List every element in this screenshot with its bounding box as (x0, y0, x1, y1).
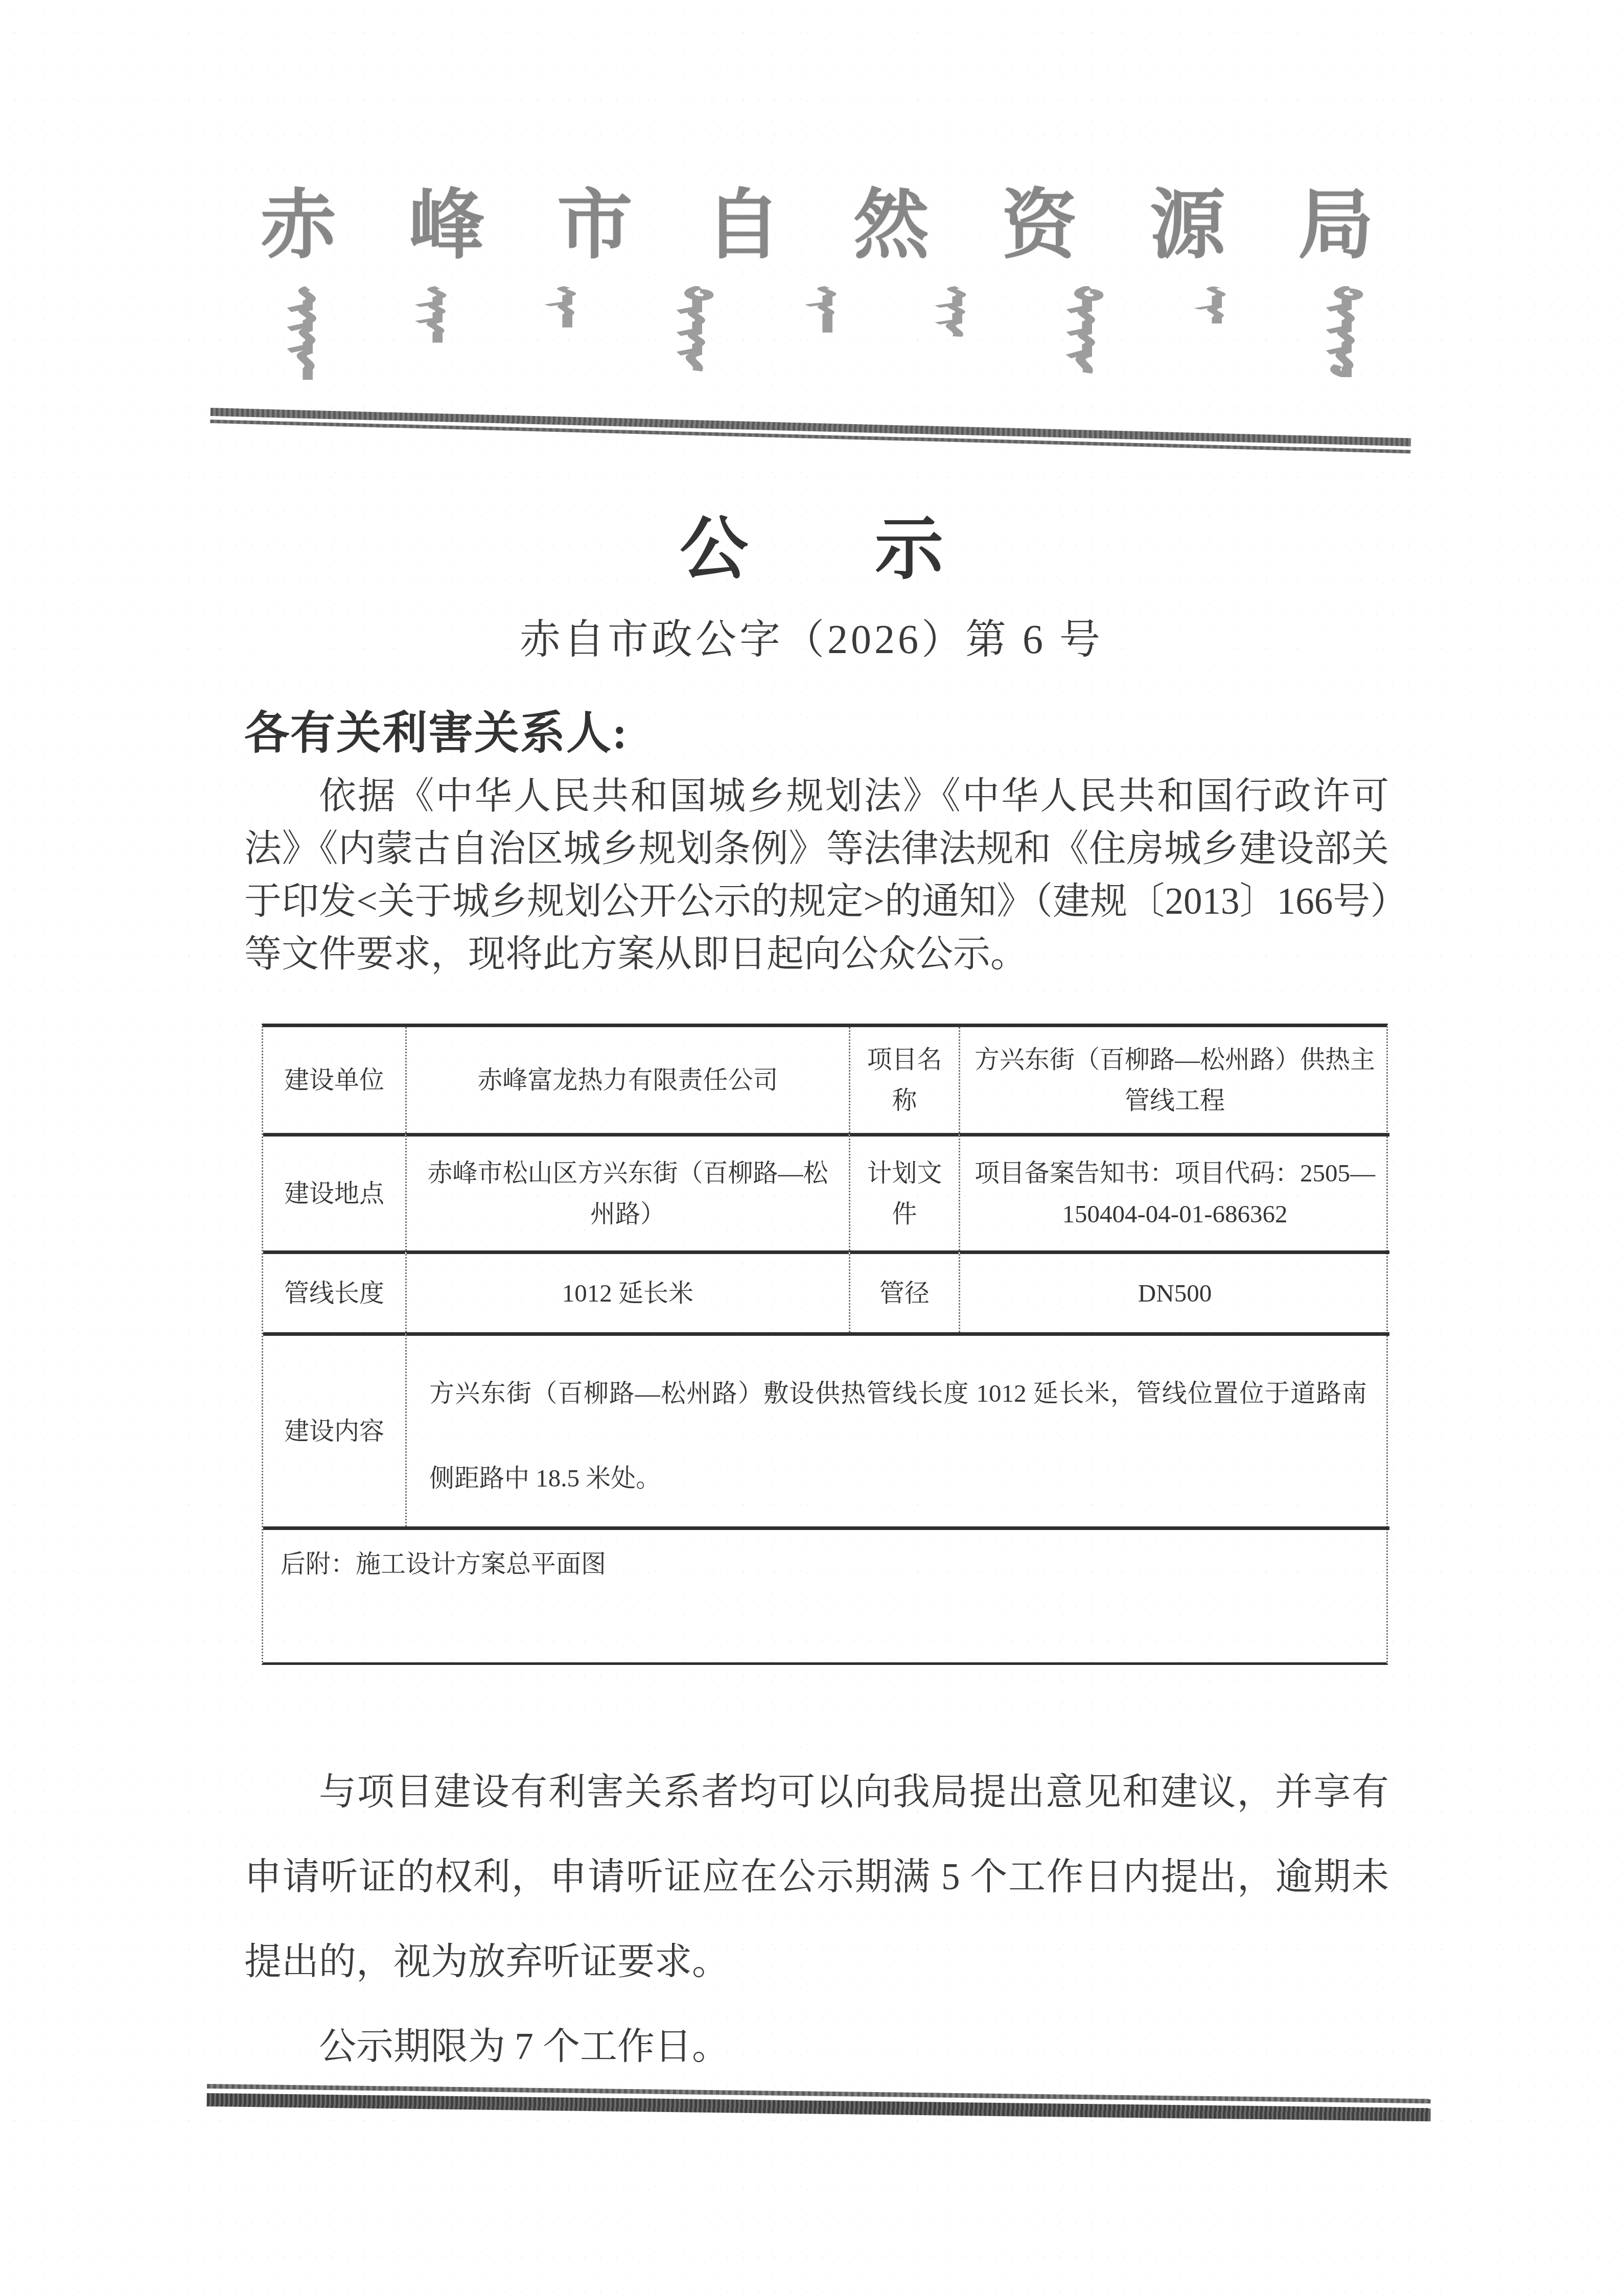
paragraph-duration: 公示期限为 7 个工作日。 (244, 2004, 1389, 2089)
scanned-notice-page: 赤峰市自然资源局 公示 赤自市政公字（2026）第 6 号 各有关利害关系人: … (0, 0, 1623, 2296)
table-label-construction-site: 建设地点 (263, 1133, 405, 1250)
table-note-attachment: 后附：施工设计方案总平面图 (263, 1526, 1389, 1668)
paragraph-legal-basis: 依据《中华人民共和国城乡规划法》《中华人民共和国行政许可法》《内蒙古自治区城乡规… (244, 770, 1389, 980)
table-label-pipe-diameter: 管径 (849, 1250, 959, 1332)
mongolian-glyph (663, 286, 720, 372)
mongolian-glyph (1312, 286, 1370, 377)
table-label-plan-document: 计划文件 (849, 1133, 959, 1250)
double-rule-top (210, 408, 1411, 453)
mongolian-glyph (403, 286, 460, 343)
table-value-construction-content: 方兴东街（百柳路—松州路）敷设供热管线长度 1012 延长米，管线位置位于道路南… (405, 1332, 1389, 1526)
doc-number: 赤自市政公字（2026）第 6 号 (0, 606, 1623, 665)
mongolian-glyph (533, 286, 590, 328)
mongolian-glyph (1053, 286, 1110, 374)
table-label-project-name: 项目名称 (849, 1027, 959, 1133)
table-value-pipeline-length: 1012 延长米 (405, 1250, 849, 1332)
mongolian-glyph (793, 286, 850, 333)
paragraph-text: 依据《中华人民共和国城乡规划法》《中华人民共和国行政许可法》《内蒙古自治区城乡规… (244, 770, 1389, 980)
table-label-construction-unit: 建设单位 (263, 1027, 405, 1133)
closing-paragraphs: 与项目建设有利害关系者均可以向我局提出意见和建议，并享有申请听证的权利，申请听证… (244, 1750, 1389, 2089)
mongolian-glyph (923, 286, 980, 337)
agency-header: 赤峰市自然资源局 (261, 188, 1446, 264)
double-rule-bottom (206, 2084, 1430, 2121)
table-value-pipe-diameter: DN500 (959, 1250, 1389, 1332)
table-value-construction-site: 赤峰市松山区方兴东街（百柳路—松州路） (405, 1133, 849, 1250)
salutation: 各有关利害关系人: (244, 697, 628, 761)
table-value-plan-document: 项目备案告知书：项目代码：2505—150404-04-01-686362 (959, 1133, 1389, 1250)
project-table: 建设单位 赤峰富龙热力有限责任公司 项目名称 方兴东街（百柳路—松州路）供热主管… (262, 1024, 1388, 1665)
table-label-construction-content: 建设内容 (263, 1332, 405, 1526)
mongolian-glyph (1183, 286, 1240, 324)
paragraph-objection: 与项目建设有利害关系者均可以向我局提出意见和建议，并享有申请听证的权利，申请听证… (244, 1750, 1389, 2004)
table-label-pipeline-length: 管线长度 (263, 1250, 405, 1332)
table-value-construction-unit: 赤峰富龙热力有限责任公司 (405, 1027, 849, 1133)
notice-title: 公示 (0, 512, 1623, 587)
mongolian-glyph (273, 286, 331, 381)
mongolian-script-row (273, 286, 1370, 381)
table-value-project-name: 方兴东街（百柳路—松州路）供热主管线工程 (959, 1027, 1389, 1133)
